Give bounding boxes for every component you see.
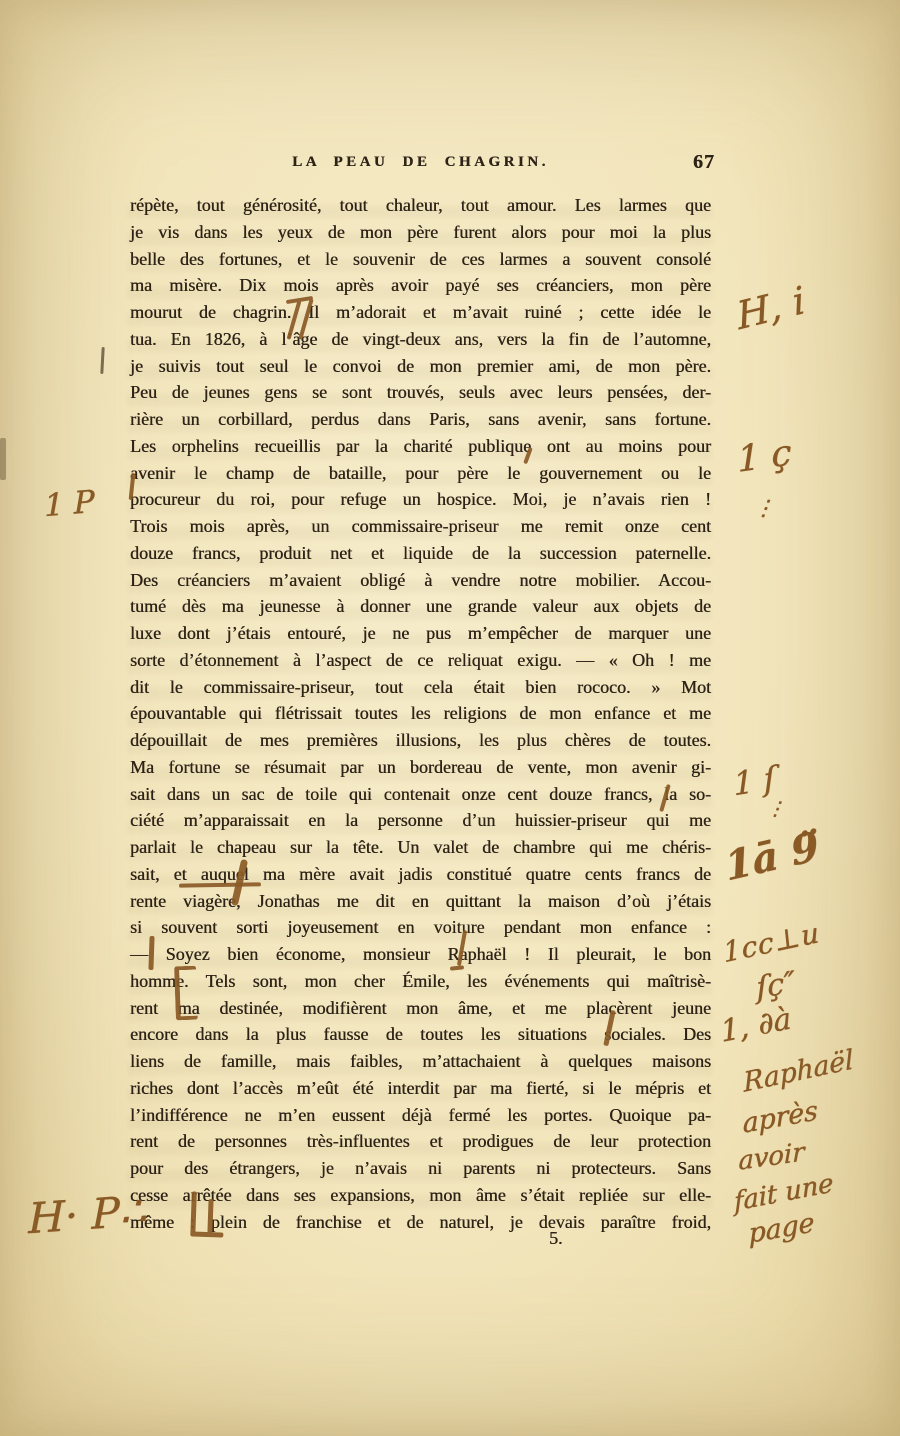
text-line: si souvent sorti joyeusement en voiture …: [130, 914, 711, 941]
text-line: Peu de jeunes gens se sont trouvés, seul…: [130, 379, 711, 406]
text-line: procureur du roi, pour refuge un hospice…: [130, 486, 711, 513]
margin-note-apres: après: [742, 1095, 818, 1140]
margin-note-page: page: [748, 1207, 815, 1250]
text-line: — Soyez bien économe, monsieur Raphaël !…: [130, 941, 711, 968]
text-line: Les orphelins recueillis par la charité …: [130, 433, 711, 460]
text-line: sait dans un sac de toile qui contenait …: [130, 781, 711, 808]
text-line: tua. En 1826, à l’âge de vingt-deux ans,…: [130, 326, 711, 353]
text-line: l’indifférence ne m’en eussent déjà ferm…: [130, 1102, 711, 1129]
signature-mark: 5.: [549, 1228, 563, 1249]
stroke: [457, 930, 467, 966]
margin-note-1da: 1, ∂à: [719, 1001, 793, 1050]
text-line: je vis dans les yeux de mon père furent …: [130, 219, 711, 246]
proof-mark-caret-after-raphael: [450, 930, 468, 970]
margin-note-hp-initials: H· P∴: [28, 1186, 146, 1243]
text-line: rente viagère, Jonathas me dit en quitta…: [130, 888, 711, 915]
margin-note-1c: 1 ç: [737, 432, 792, 481]
stroke: [207, 1199, 213, 1233]
text-line: douze francs, produit net et liquide de …: [130, 540, 711, 567]
text-line: encore dans la plus fausse de toutes les…: [130, 1021, 711, 1048]
text-line: tumé dès ma jeunesse à donner une grande…: [130, 593, 711, 620]
margin-note-1a9: 1ā 9̈: [722, 822, 822, 890]
text-line: ma misère. Dix mois après avoir payé ses…: [130, 272, 711, 299]
margin-note-1p: 1 P: [44, 484, 95, 524]
proof-mark-bracket-before-tels: [174, 966, 198, 1021]
margin-note-tcc: ſç″: [755, 965, 795, 1006]
text-line: dépouillait de mes premières illusions, …: [130, 727, 711, 754]
scan-artifact: [0, 438, 6, 480]
margin-note-1cc1u: 1cc⊥u: [721, 916, 821, 969]
text-line: pour des étrangers, je n’avais ni parent…: [130, 1155, 711, 1182]
stroke: [450, 965, 464, 970]
text-line: rent ma destinée, modifièrent mon âme, e…: [130, 995, 711, 1022]
text-line: ciété m’apparaissait en la personne d’un…: [130, 807, 711, 834]
margin-note-h1: H, i: [734, 278, 808, 339]
book-page-scan: LA PEAU DE CHAGRIN. 67 répète, tout géné…: [0, 0, 900, 1436]
stroke: [190, 1231, 223, 1237]
stroke: [190, 1191, 197, 1235]
margin-note-avoir: avoir: [738, 1137, 804, 1177]
text-line: Ma fortune se résumait par un bordereau …: [130, 754, 711, 781]
text-line: je suivis tout seul le convoi de mon pre…: [130, 353, 711, 380]
margin-note-raphael: Raphaël: [742, 1044, 854, 1099]
text-line: homme. Tels sont, mon cher Émile, les év…: [130, 968, 711, 995]
stroke: [298, 298, 313, 339]
running-title: LA PEAU DE CHAGRIN.: [130, 154, 711, 171]
text-line: Trois mois après, un commissaire-priseur…: [130, 513, 711, 540]
text-line: répète, tout générosité, tout chaleur, t…: [130, 192, 711, 219]
text-line: Des créanciers m’avaient obligé à vendre…: [130, 567, 711, 594]
scan-artifact: [100, 347, 104, 374]
text-line: épouvantable qui flétrissait toutes les …: [130, 700, 711, 727]
proof-mark-over-plein: [188, 1191, 228, 1240]
text-line: rière un corbillard, perdus dans Paris, …: [130, 406, 711, 433]
text-line: liens de famille, mais faibles, m’attach…: [130, 1048, 711, 1075]
margin-note-fait-une: fait une: [733, 1168, 834, 1218]
text-line: parlait le chapeau sur la tête. Un valet…: [130, 834, 711, 861]
text-line: mourut de chagrin. Il m’adorait et m’ava…: [130, 299, 711, 326]
body-text: répète, tout générosité, tout chaleur, t…: [130, 192, 711, 1235]
text-line: belle des fortunes, et le souvenir de ce…: [130, 246, 711, 273]
page-header: LA PEAU DE CHAGRIN. 67: [130, 154, 711, 180]
margin-note-1s-dots: ⋮: [764, 795, 787, 822]
proof-mark-paragraph-after-chagrin: [286, 296, 316, 342]
text-line: luxe dont j’étais entouré, je ne pus m’e…: [130, 620, 711, 647]
text-line: riches dont l’accès m’eût été interdit p…: [130, 1075, 711, 1102]
margin-note-1c-dots: ⋮: [752, 495, 776, 522]
page-number: 67: [693, 151, 715, 174]
text-line: avenir le champ de bataille, pour père l…: [130, 460, 711, 487]
text-line: dit le commissaire-priseur, tout cela ét…: [130, 674, 711, 701]
text-line: rent de personnes très-influentes et pro…: [130, 1128, 711, 1155]
text-line: sorte d’étonnement à l’aspect de ce reli…: [130, 647, 711, 674]
